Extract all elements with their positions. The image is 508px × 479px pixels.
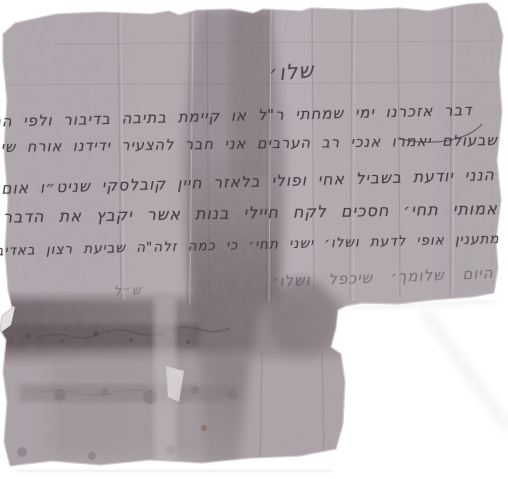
scanned-letter-image: שלו׳ דבר אזכרנו ימי שמחתי ר"ל או קיימת ב… xyxy=(0,0,508,479)
paper-fragment xyxy=(0,0,508,479)
